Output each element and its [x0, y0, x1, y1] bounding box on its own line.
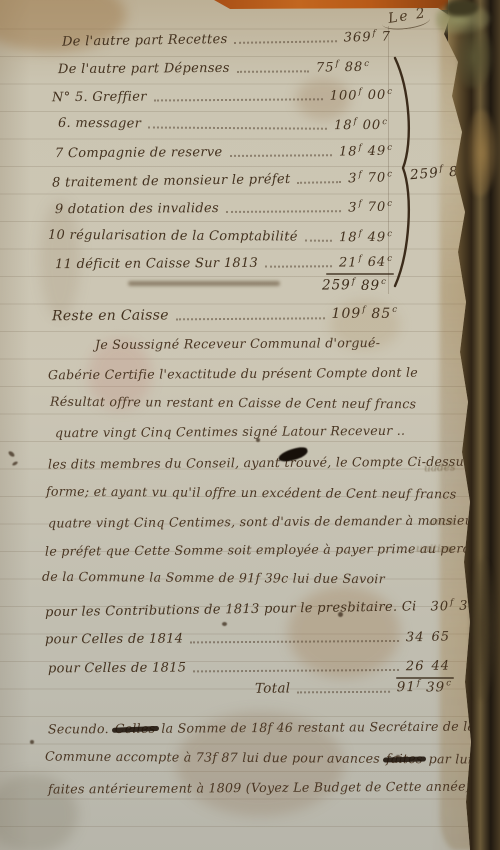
certification-line: quatre vingt Cinq Centimes signé Latour …: [55, 423, 405, 440]
ledger-row-label: 6. messager: [58, 116, 141, 132]
certification-line: Gabérie Certifie l'exactitude du présent…: [48, 365, 418, 383]
certification-line: Je Soussigné Receveur Communal d'orgué-: [95, 335, 380, 352]
ledger-row: 9 dotation des invalides3f70c: [55, 199, 393, 218]
deliberation-line: quatre vingt Cinq Centimes, sont d'avis …: [48, 512, 479, 530]
dues-total-label: Total: [255, 680, 291, 696]
dues-row-label: pour Celles de 1815: [48, 661, 186, 677]
ink-speck: [30, 740, 34, 744]
dues-row: pour Celles de 18152644: [48, 658, 452, 677]
ledger-row-label: 10 régularisation de la Comptabilité: [48, 228, 298, 245]
reste-row: Reste en Caisse109f85c: [52, 305, 398, 324]
ink-speck: [222, 622, 227, 626]
ledger-row: De l'autre part Dépenses75f88c: [58, 59, 370, 78]
struck-word: faites: [386, 751, 423, 766]
dotted-leader: [235, 41, 337, 45]
reste-label: Reste en Caisse: [52, 307, 169, 324]
dues-row-amount: 3465: [406, 629, 452, 646]
column-total-amount: 259f89c: [322, 277, 387, 294]
ledger-row-amount: 18f49c: [339, 229, 393, 246]
ledger-row: 7 Compagnie de reserve18f49c: [55, 143, 393, 162]
deliberation-line: de la Commune la Somme de 91f 39c lui du…: [42, 569, 385, 586]
ledger-row-amount: 3f70c: [348, 199, 393, 216]
ledger-row: 6. messager18f00c: [58, 115, 388, 134]
ledger-row-amount: 100f00c: [330, 87, 393, 104]
secundo-line: faites antérieurement à 1809 (Voyez Le B…: [48, 779, 471, 797]
ledger-row-label: 9 dotation des invalides: [55, 201, 219, 217]
dotted-leader: [265, 266, 332, 268]
secundo-line: Commune accompte à 73f 87 lui due pour a…: [45, 749, 472, 767]
edge-showthrough-text: ance: [429, 516, 454, 528]
dotted-leader: [148, 127, 327, 130]
ledger-row: N° 5. Greffier100f00c: [52, 87, 393, 106]
ledger-row-label: N° 5. Greffier: [52, 90, 147, 106]
dues-row-amount: 2644: [406, 658, 452, 675]
secundo-line: Secundo.Cellesla Somme de 18f 46 restant…: [48, 719, 475, 737]
sum-rule: [326, 273, 394, 275]
edge-showthrough-text: unitien: [416, 543, 454, 556]
ledger-row-amount: 3f70c: [348, 169, 393, 186]
ledger-row: 11 déficit en Caisse Sur 181321f64c: [55, 254, 393, 273]
ledger-row-amount: 21f64c: [339, 254, 393, 271]
ledger-row-amount: 369f7: [344, 28, 394, 45]
dues-total-row: Total91f39c: [255, 678, 452, 696]
deliberation-line: forme; et ayant vu qu'il offre un excéde…: [46, 484, 457, 502]
ledger-row-amount: 75f88c: [316, 59, 370, 76]
edge-showthrough-text: uades: [424, 461, 456, 474]
ledger-row-label: 7 Compagnie de reserve: [55, 145, 223, 161]
dotted-leader: [305, 240, 332, 242]
dotted-leader: [226, 211, 341, 214]
manuscript-photo: Le 2 De l'autre part Recettes369f7 De l'…: [0, 0, 500, 850]
ledger-row-amount: 18f00c: [334, 117, 388, 134]
struck-word: Celles: [115, 721, 156, 736]
dotted-leader: [237, 71, 309, 74]
ledger-row-label: De l'autre part Recettes: [62, 32, 228, 50]
ledger-row-label: 11 déficit en Caisse Sur 1813: [55, 256, 258, 272]
ink-smudge-bar: [128, 281, 280, 286]
reste-amount: 109f85c: [331, 305, 398, 322]
dotted-leader: [176, 317, 325, 320]
ledger-row: 10 régularisation de la Comptabilité18f4…: [48, 227, 393, 246]
dues-total-amount: 91f39c: [397, 678, 452, 695]
ledger-row-label: De l'autre part Dépenses: [58, 61, 230, 77]
dotted-leader: [297, 690, 389, 693]
certification-line: Résultat offre un restant en Caisse de C…: [50, 394, 416, 412]
dotted-leader: [193, 669, 399, 672]
dotted-leader: [298, 181, 342, 184]
dotted-leader: [154, 99, 323, 102]
dues-row: pour Celles de 18143465: [45, 629, 452, 648]
ledger-page: Le 2 De l'autre part Recettes369f7 De l'…: [0, 0, 500, 850]
dues-row-label: pour Celles de 1814: [45, 632, 183, 648]
dotted-leader: [230, 155, 332, 158]
dotted-leader: [190, 640, 399, 643]
ledger-row-amount: 18f49c: [339, 143, 393, 160]
